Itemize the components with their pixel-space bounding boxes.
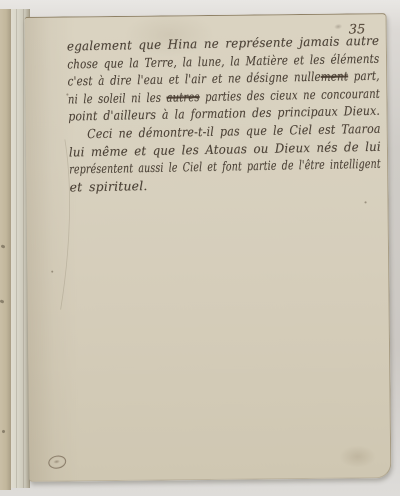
handwritten-text: ni le soleil ni les xyxy=(68,89,167,106)
ink-bleed-mark xyxy=(1,244,6,249)
manuscript-photo: 35 egalement que Hina ne représente jama… xyxy=(0,0,400,496)
struck-word: autres xyxy=(166,89,199,105)
page-edge-line xyxy=(23,9,24,488)
ink-bleed-mark xyxy=(0,299,4,304)
collection-stamp-icon xyxy=(47,454,67,470)
page-edge-line xyxy=(16,9,17,488)
handwritten-text: parties des cieux ne concourant xyxy=(199,86,380,104)
struck-word: ment xyxy=(321,69,349,84)
paper-speck xyxy=(365,201,367,203)
facing-page-edge xyxy=(0,9,11,490)
paper-speck xyxy=(66,93,68,95)
pencil-mark-icon xyxy=(333,23,343,31)
handwritten-text: part, xyxy=(348,68,380,84)
handwritten-text: et spirituel. xyxy=(69,178,147,194)
ink-bleed-mark xyxy=(1,429,5,433)
manuscript-text: egalement que Hina ne représente jamais … xyxy=(67,32,384,196)
paper-speck xyxy=(51,271,53,273)
manuscript-page: 35 egalement que Hina ne représente jama… xyxy=(25,13,392,482)
